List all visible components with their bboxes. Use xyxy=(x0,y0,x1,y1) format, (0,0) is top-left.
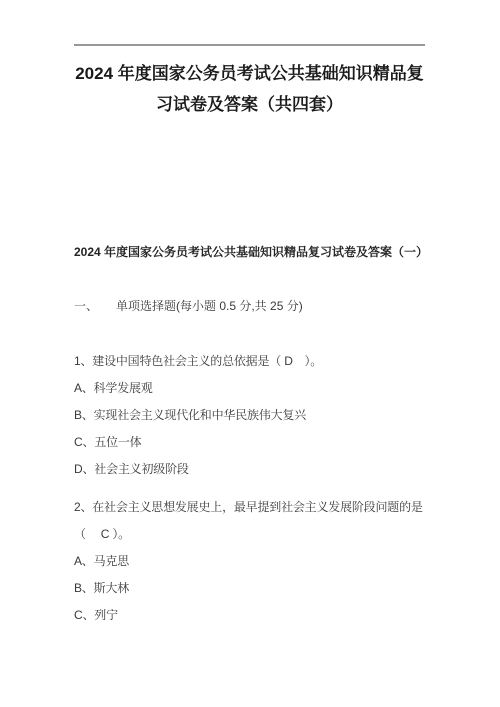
document-page: 2024 年度国家公务员考试公共基础知识精品复 习试卷及答案（共四套） 2024… xyxy=(0,0,500,707)
question-2-option-a: A、马克思 xyxy=(74,554,425,568)
horizontal-rule xyxy=(74,44,425,46)
question-2-stem-line-1: 2、在社会主义思想发展史上，最早提到社会主义发展阶段问题的是 xyxy=(74,500,425,514)
document-title: 2024 年度国家公务员考试公共基础知识精品复 习试卷及答案（共四套） xyxy=(74,58,425,120)
question-1-option-c: C、五位一体 xyxy=(74,435,425,449)
section-heading: 一、 单项选择题(每小题 0.5 分,共 25 分) xyxy=(74,299,425,314)
question-1-option-a: A、科学发展观 xyxy=(74,381,425,395)
document-title-line-1: 2024 年度国家公务员考试公共基础知识精品复 xyxy=(74,58,425,89)
question-1-stem: 1、建设中国特色社会主义的总依据是（ D ）。 xyxy=(74,354,425,368)
question-2-option-c: C、列宁 xyxy=(74,608,425,622)
document-title-line-2: 习试卷及答案（共四套） xyxy=(74,89,425,120)
question-1: 1、建设中国特色社会主义的总依据是（ D ）。 A、科学发展观 B、实现社会主义… xyxy=(74,354,425,476)
question-1-option-d: D、社会主义初级阶段 xyxy=(74,462,425,476)
question-1-option-b: B、实现社会主义现代化和中华民族伟大复兴 xyxy=(74,408,425,422)
question-2: 2、在社会主义思想发展史上，最早提到社会主义发展阶段问题的是 （ C ）。 A、… xyxy=(74,500,425,622)
question-2-option-b: B、斯大林 xyxy=(74,581,425,595)
paper-subtitle: 2024 年度国家公务员考试公共基础知识精品复习试卷及答案（一） xyxy=(74,245,425,260)
question-2-stem-line-2: （ C ）。 xyxy=(74,527,425,541)
